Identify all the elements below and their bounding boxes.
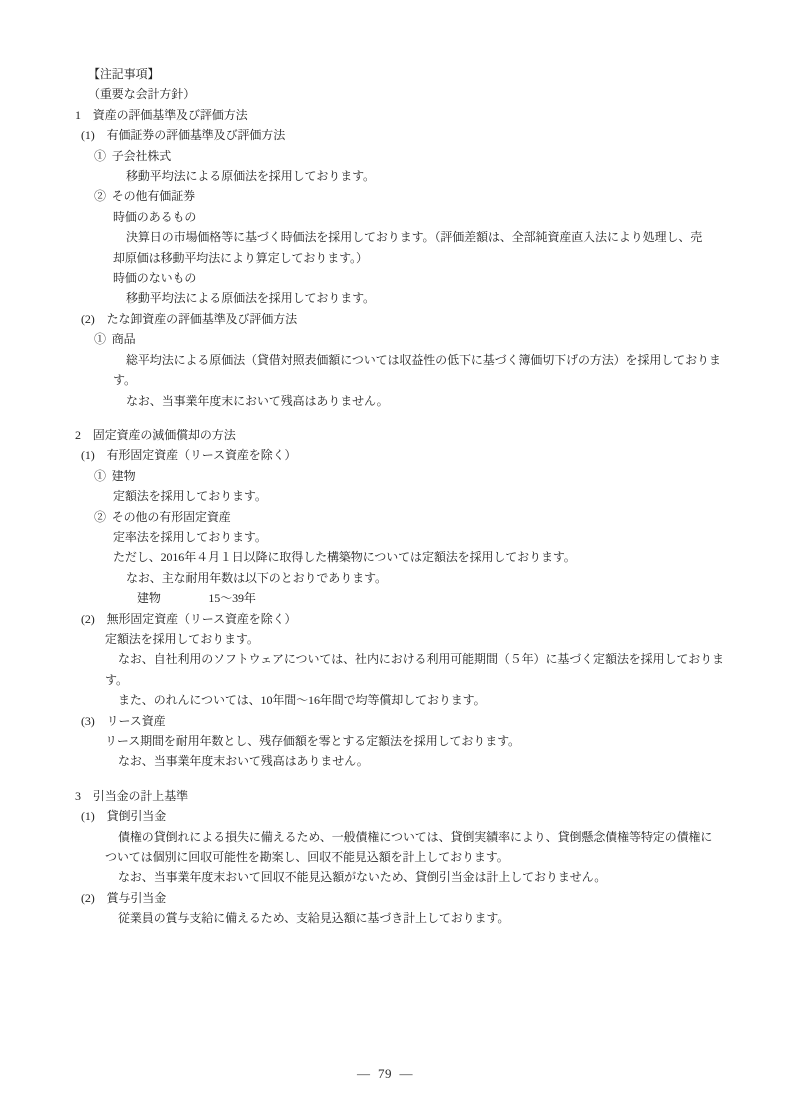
text-line: なお、当事業年度末おいて残高はありません。 — [0, 751, 790, 771]
notes-heading: （重要な会計方針） — [0, 84, 790, 104]
item-title: ② その他有価証券 — [0, 186, 790, 206]
item-title: ② その他の有形固定資産 — [0, 507, 790, 527]
text-line: 債権の貸倒れによる損失に備えるため、一般債権については、貸倒実績率により、貸倒懸… — [0, 827, 790, 847]
subsection-title: (1) 有価証券の評価基準及び評価方法 — [0, 125, 790, 145]
text-line: 時価のないもの — [0, 268, 790, 288]
subsection-title: (2) 無形固定資産（リース資産を除く） — [0, 609, 790, 629]
text-line: なお、当事業年度末において残高はありません。 — [0, 391, 790, 411]
subsection-title: (1) 有形固定資産（リース資産を除く） — [0, 445, 790, 465]
section-gap — [0, 411, 790, 425]
section-gap — [0, 772, 790, 786]
text-line: 却原価は移動平均法により算定しております。） — [0, 248, 790, 268]
text-line: 定額法を採用しております。 — [0, 629, 790, 649]
text-line: また、のれんについては、10年間～16年間で均等償却しております。 — [0, 690, 790, 710]
text-line: なお、当事業年度末おいて回収不能見込額がないため、貸倒引当金は計上しておりません… — [0, 867, 790, 887]
text-line: 従業員の賞与支給に備えるため、支給見込額に基づき計上しております。 — [0, 908, 790, 928]
text-line: 移動平均法による原価法を採用しております。 — [0, 288, 790, 308]
document-body: 【注記事項】（重要な会計方針）1 資産の評価基準及び評価方法(1) 有価証券の評… — [0, 0, 790, 929]
subsection-title: (3) リース資産 — [0, 711, 790, 731]
useful-life-row: 建物 15～39年 — [0, 588, 790, 608]
subsection-title: (1) 貸倒引当金 — [0, 806, 790, 826]
text-line: リース期間を耐用年数とし、残存価額を零とする定額法を採用しております。 — [0, 731, 790, 751]
text-line: なお、自社利用のソフトウェアについては、社内における利用可能期間（５年）に基づく… — [0, 649, 790, 669]
text-line: 定額法を採用しております。 — [0, 486, 790, 506]
subsection-title: (2) たな卸資産の評価基準及び評価方法 — [0, 309, 790, 329]
section-title: 2 固定資産の減価償却の方法 — [0, 425, 790, 445]
text-line: なお、主な耐用年数は以下のとおりであります。 — [0, 568, 790, 588]
page-number: — 79 — — [0, 1064, 770, 1084]
document-page: 【注記事項】（重要な会計方針）1 資産の評価基準及び評価方法(1) 有価証券の評… — [0, 0, 790, 1118]
notes-heading: 【注記事項】 — [0, 64, 790, 84]
text-line: 定率法を採用しております。 — [0, 527, 790, 547]
item-title: ① 建物 — [0, 466, 790, 486]
section-title: 1 資産の評価基準及び評価方法 — [0, 105, 790, 125]
text-line: ついては個別に回収可能性を勘案し、回収不能見込額を計上しております。 — [0, 847, 790, 867]
text-line: ただし、2016年４月１日以降に取得した構築物については定額法を採用しております… — [0, 547, 790, 567]
subsection-title: (2) 賞与引当金 — [0, 888, 790, 908]
section-title: 3 引当金の計上基準 — [0, 786, 790, 806]
text-line: 総平均法による原価法（貸借対照表価額については収益性の低下に基づく簿価切下げの方… — [0, 350, 790, 370]
text-line: 決算日の市場価格等に基づく時価法を採用しております。（評価差額は、全部純資産直入… — [0, 227, 790, 247]
text-line: す。 — [0, 370, 790, 390]
item-title: ① 子会社株式 — [0, 146, 790, 166]
text-line: す。 — [0, 670, 790, 690]
item-title: ① 商品 — [0, 329, 790, 349]
text-line: 時価のあるもの — [0, 207, 790, 227]
text-line: 移動平均法による原価法を採用しております。 — [0, 166, 790, 186]
